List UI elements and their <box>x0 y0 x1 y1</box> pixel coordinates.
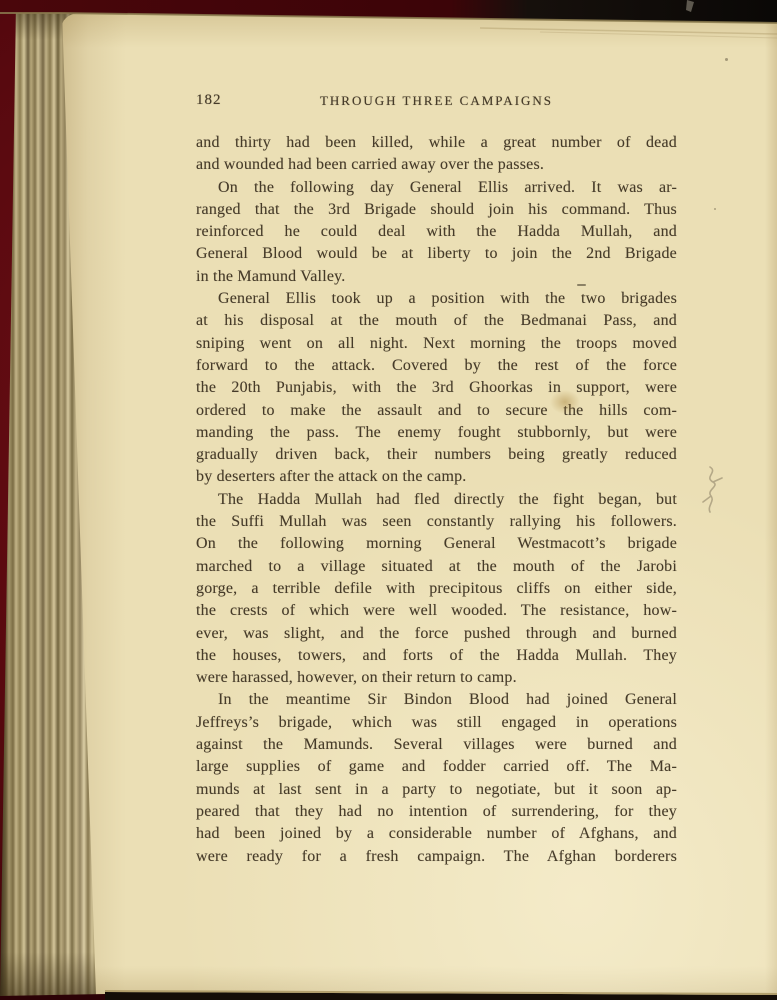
text-line: ranged that the 3rd Brigade should join … <box>196 199 677 221</box>
text-line: marched to a village situated at the mou… <box>196 556 677 578</box>
text-line: manding the pass. The enemy fought stubb… <box>196 422 677 444</box>
text-line: were ready for a fresh campaign. The Afg… <box>196 846 677 868</box>
text-line: had been joined by a considerable number… <box>196 823 677 845</box>
text-line: ordered to make the assault and to secur… <box>196 400 677 422</box>
text-line: gradually driven back, their numbers bei… <box>196 444 677 466</box>
text-line: and thirty had been killed, while a grea… <box>196 132 677 154</box>
text-line: General Ellis took up a position with th… <box>196 288 677 310</box>
text-line: The Hadda Mullah had fled directly the f… <box>196 489 677 511</box>
text-line: the houses, towers, and forts of the Had… <box>196 645 677 667</box>
text-line: the Suffi Mullah was seen constantly ral… <box>196 511 677 533</box>
text-line: at his disposal at the mouth of the Bedm… <box>196 310 677 332</box>
text-line: On the following morning General Westmac… <box>196 533 677 555</box>
scanned-book-photo: { "page": { "number": "182", "running_ti… <box>0 0 777 1000</box>
text-line: On the following day General Ellis arriv… <box>196 177 677 199</box>
page-content: 182 THROUGH THREE CAMPAIGNS and thirty h… <box>62 12 777 996</box>
text-line: sniping went on all night. Next morning … <box>196 333 677 355</box>
text-line: Jeffreys’s brigade, which was still enga… <box>196 712 677 734</box>
text-line: against the Mamunds. Several villages we… <box>196 734 677 756</box>
text-line: gorge, a terrible defile with precipitou… <box>196 578 677 600</box>
paper-speck <box>714 208 716 210</box>
text-line: ever, was slight, and the force pushed t… <box>196 623 677 645</box>
text-line: the 20th Punjabis, with the 3rd Ghoorkas… <box>196 377 677 399</box>
text-block: 182 THROUGH THREE CAMPAIGNS and thirty h… <box>196 92 677 868</box>
text-line: the crests of which were well wooded. Th… <box>196 600 677 622</box>
text-line: munds at last sent in a party to negotia… <box>196 779 677 801</box>
running-title: THROUGH THREE CAMPAIGNS <box>320 93 553 108</box>
pencil-squiggle <box>698 464 732 524</box>
text-line: and wounded had been carried away over t… <box>196 154 677 176</box>
ink-stain <box>550 390 580 414</box>
page-number: 182 <box>196 92 222 109</box>
text-line: In the meantime Sir Bindon Blood had joi… <box>196 689 677 711</box>
text-line: large supplies of game and fodder carrie… <box>196 756 677 778</box>
running-head: 182 THROUGH THREE CAMPAIGNS <box>196 92 677 110</box>
text-line: reinforced he could deal with the Hadda … <box>196 221 677 243</box>
paper-speck <box>725 58 728 61</box>
text-line: in the Mamund Valley. <box>196 266 677 288</box>
text-line: were harassed, however, on their return … <box>196 667 677 689</box>
body-text: and thirty had been killed, while a grea… <box>196 132 677 868</box>
text-line: forward to the attack. Covered by the re… <box>196 355 677 377</box>
text-line: General Blood would be at liberty to joi… <box>196 243 677 265</box>
stray-dash <box>577 284 586 286</box>
book-page: 182 THROUGH THREE CAMPAIGNS and thirty h… <box>62 12 777 996</box>
text-line: by deserters after the attack on the cam… <box>196 466 677 488</box>
text-line: peared that they had no intention of sur… <box>196 801 677 823</box>
page-clamp <box>686 0 694 12</box>
